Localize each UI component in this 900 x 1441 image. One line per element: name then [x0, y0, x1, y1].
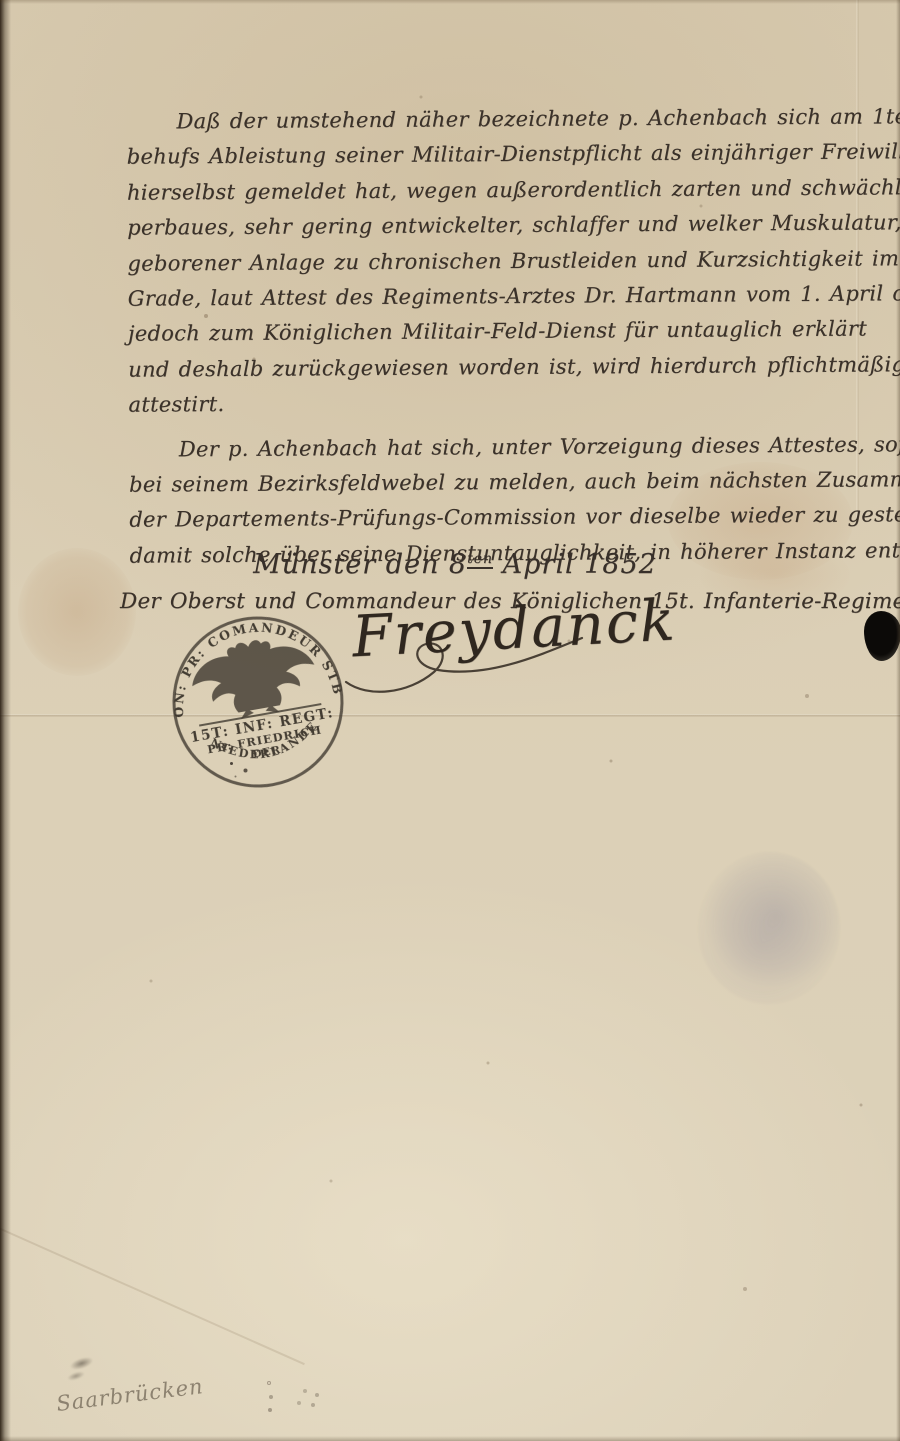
regimental-stamp: KON: PR: COMANDEUR STB: 15T: INF: REGT: … [154, 598, 363, 807]
scan-edge-right [896, 0, 900, 1441]
manuscript-line: Der p. Achenbach hat sich, unter Vorzeig… [129, 427, 891, 468]
date-text: Münster den 8 [253, 549, 467, 580]
manuscript-line: behufs Ableistung seiner Militair-Dienst… [127, 135, 889, 176]
pencil-marks [268, 1382, 270, 1384]
manuscript-line: Daß der umstehend näher bezeichnete p. A… [126, 99, 888, 140]
manuscript-line: Grade, laut Attest des Regiments-Arztes … [128, 276, 890, 317]
manuscript-line: und deshalb zurückgewiesen worden ist, w… [128, 347, 890, 388]
date-line: Münster den 8ten April 1852 [150, 549, 760, 580]
pencil-smudge [54, 1346, 108, 1393]
manuscript-line: geborener Anlage zu chronischen Brustlei… [127, 241, 889, 282]
stain-left [18, 548, 136, 676]
ink-blob [864, 611, 900, 661]
manuscript-line: jedoch zum Königlichen Militair-Feld-Die… [128, 312, 890, 353]
diagonal-crease [0, 1217, 305, 1365]
scan-edge-bottom [0, 1436, 900, 1441]
ink-dots [230, 762, 233, 765]
date-superscript: ten [467, 551, 493, 569]
scan-edge-left [0, 0, 11, 1441]
manuscript-line: hierselbst gemeldet hat, wegen außerorde… [127, 170, 889, 211]
manuscript-line: der Departements-Prüfungs-Commission vor… [129, 498, 891, 539]
scan-edge-top [0, 0, 900, 4]
manuscript-line: bei seinem Bezirksfeldwebel zu melden, a… [129, 462, 891, 503]
seal-bleedthrough-stain [698, 852, 840, 1004]
manuscript-line: perbaues, sehr gering entwickelter, schl… [127, 206, 889, 247]
scanned-document-page: Daß der umstehend näher bezeichnete p. A… [0, 0, 900, 1441]
date-text: April 1852 [493, 549, 657, 580]
horizontal-fold-crease [0, 714, 900, 717]
signature-flourish [338, 610, 588, 700]
manuscript-line: attestirt. [128, 383, 890, 424]
manuscript-body: Daß der umstehend näher bezeichnete p. A… [126, 99, 891, 574]
